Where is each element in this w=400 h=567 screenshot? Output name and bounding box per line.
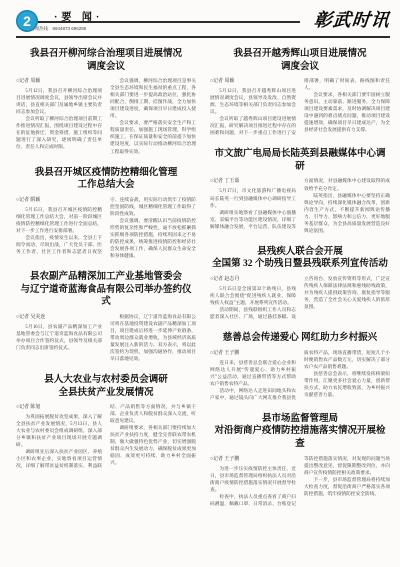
body-paragraph: 连日来，县慈善总会联合爱心企业和网络达人开展“传递爱心、助力乡村振兴”公益活动，… xyxy=(210,360,296,388)
article-body: ○记者 王子鹏为进一步压实疫情防控主体责任，近日，县市场监督管理局组织执法人员对… xyxy=(210,456,390,508)
body-paragraph: 为巩固拓展脱贫攻坚成果，深入了解全县扶贫产业发展情况，5月13日，县人大农业与农… xyxy=(16,414,102,449)
body-paragraph: 陆英指出，县融媒体中心要坚持正确舆论导向，持续深化媒体融合改革，创新内容生产方式… xyxy=(304,193,390,235)
body-paragraph: 下一步，县市场监督管理局将持续加大检查力度，督促沿街商户严格落实各项防控措施，筑… xyxy=(304,477,390,498)
article-byline: ○记者 周颖 xyxy=(210,78,296,86)
right-column: 我县召开越秀辉山项目进展情况调度会议○记者 周颖5月12日，我县召开越秀辉山项目… xyxy=(210,48,390,519)
body-paragraph: 会议强调，柳河综合治理项目是事关全县生态环境和民生福祉的重点工程，各相关部门要进… xyxy=(110,78,196,120)
header-rule-line xyxy=(27,21,300,23)
body-paragraph: 会议听取了柳河综合治理项目前期工作推进情况汇报，围绕项目建设过程中存在的征地拆迁… xyxy=(16,116,102,151)
article: 市文旅广电局局长陆英到县融媒体中心调研○记者 丁玉茹5月17日，市文化旅游和广播… xyxy=(210,148,390,234)
article-title: 县残疾人联合会开展全国第 32 个助残日暨县残联系列宣传活动 xyxy=(210,246,390,271)
article-byline: ○记者 丁玉茹 xyxy=(210,178,296,186)
article-title-line: 县农副产品精深加工产业基地管委会 xyxy=(16,271,196,284)
page-content: 我县召开柳河综合治理项目进展情况调度会议○记者 周颖5月12日，我县召开柳河综合… xyxy=(0,42,400,519)
article-title-line: 县残疾人联合会开展 xyxy=(210,246,390,259)
article: 我县召开城区疫情防控精细化管理工作总结大会○记者 隋颖5月15日，我县召开城区疫… xyxy=(16,167,196,260)
article-byline: ○记者 陈旭 xyxy=(16,404,102,412)
article-title: 慈善总会传递爱心 网红助力乡村振兴 xyxy=(210,332,390,345)
article-title-line: 与辽宁道奇蓝海食品有限公司举办签约仪式 xyxy=(16,284,196,309)
article-title-line: 我县召开柳河综合治理项目进展情况 xyxy=(16,48,196,61)
article: 慈善总会传递爱心 网红助力乡村振兴○记者 王子鹏连日来，县慈善总会联合爱心企业和… xyxy=(210,332,390,402)
article-title-line: 县市场监督管理局 xyxy=(210,413,390,426)
body-paragraph: 5月15日，我县召开城区疫情防控精细化管理工作总结大会，对前一阶段城区疫情防控精… xyxy=(16,207,102,235)
body-paragraph: 会议要求，各相关部门要牢固树立服务意识，主动靠前、跟进服务，全力保障项目建设要素… xyxy=(304,92,390,134)
article-title: 我县召开柳河综合治理项目进展情况调度会议 xyxy=(16,48,196,73)
article-body: ○记者 周颖5月12日，我县召开柳河综合治理项目进展情况调度会议，县领导出席会议… xyxy=(16,78,196,156)
article: 县农副产品精深加工产业基地管委会与辽宁道奇蓝海食品有限公司举办签约仪式○记者 吴… xyxy=(16,271,196,363)
article-byline: ○记者 赵志丹 xyxy=(210,276,296,284)
article-title-line: 调度会议 xyxy=(16,61,196,74)
article-title: 县人大农业与农村委员会调研全县扶贫产业发展情况 xyxy=(16,374,196,399)
article-title-line: 全国第 32 个助残日暨县残联系列宣传活动 xyxy=(210,258,390,271)
article-body: ○记者 丁玉茹5月17日，市文化旅游和广播电视局局长陆英一行到县融媒体中心调研指… xyxy=(210,178,390,234)
article-body: ○记者 隋颖5月15日，我县召开城区疫情防控精细化管理工作总结大会，对前一阶段城… xyxy=(16,197,196,260)
article: 县人大农业与农村委员会调研全县扶贫产业发展情况○记者 陈旭为巩固拓展脱贫攻坚成果… xyxy=(16,374,196,470)
hotline-text: 新闻热线：6944873 696286 xyxy=(30,26,86,32)
article-title-line: 调度会议 xyxy=(210,61,390,74)
article: 县残疾人联合会开展全国第 32 个助残日暨县残联系列宣传活动○记者 赵志丹5月1… xyxy=(210,246,390,321)
article-byline: ○记者 王子鹏 xyxy=(210,350,296,358)
article: 我县召开柳河综合治理项目进展情况调度会议○记者 周颖5月12日，我县召开柳河综合… xyxy=(16,48,196,156)
body-paragraph: 根据协议，辽宁道奇蓝海食品有限公司将在基地投资建设农副产品精深加工项目，项目建成… xyxy=(110,314,196,363)
article-byline: ○记者 隋颖 xyxy=(16,197,102,205)
article-title-line: 县人大农业与农村委员会调研 xyxy=(16,374,196,387)
newspaper-masthead: 彰武时讯 xyxy=(313,6,392,32)
article-byline: ○记者 王子鹏 xyxy=(210,456,296,464)
page-header: 2 ·要 闻· 新闻热线：6944873 696286 彰武时讯 xyxy=(0,0,400,42)
article-byline: ○记者 周颖 xyxy=(16,78,102,86)
article-title-line: 我县召开城区疫情防控精细化管理 xyxy=(16,167,196,180)
body-paragraph: 会议强调，要清醒认识当前疫情防控形势的复杂性和严峻性，毫不放松抓紧抓实抓细各项防… xyxy=(110,218,196,260)
body-paragraph: 5月12日，我县召开越秀辉山项目进展情况调度会议，县领导及发改、自然资源、生态环… xyxy=(210,88,296,116)
body-paragraph: 5月16日，县农副产品精深加工产业基地管委会与辽宁道奇蓝海食品有限公司举办项目合… xyxy=(16,324,102,352)
article-title-line: 对沿街商户疫情防控措施落实情况开展检查 xyxy=(210,425,390,450)
header-divider xyxy=(16,36,390,38)
page-number-badge: 2 xyxy=(16,10,38,32)
article-title: 我县召开越秀辉山项目进展情况调度会议 xyxy=(210,48,390,73)
article-body: ○记者 赵志丹5月15日是全国第32个助残日，县残疾人联合会围绕“促进残疾人就业… xyxy=(210,276,390,321)
article-body: ○记者 陈旭为巩固拓展脱贫攻坚成果，深入了解全县扶贫产业发展情况，5月13日，县… xyxy=(16,404,196,470)
body-paragraph: 调研组要求，各相关部门要持续加大扶贫产业扶持力度，健全完善联农带农机制，做大做强… xyxy=(110,425,196,467)
body-paragraph: 5月15日是全国第32个助残日，县残疾人联合会围绕“促进残疾人就业，保障残疾人权… xyxy=(210,286,296,307)
body-paragraph: 5月17日，市文化旅游和广播电视局局长陆英一行到县融媒体中心调研指导工作。 xyxy=(210,188,296,209)
article-body: ○记者 王子鹏连日来，县慈善总会联合爱心企业和网络达人开展“传递爱心、助力乡村振… xyxy=(210,350,390,402)
article-title-line: 全县扶贫产业发展情况 xyxy=(16,387,196,400)
body-paragraph: 为进一步压实疫情防控主体责任，近日，县市场监督管理局组织执法人员对沿街商户疫情防… xyxy=(210,466,296,494)
body-paragraph: 5月12日，我县召开柳河综合治理项目进展情况调度会议，县领导出席会议并讲话，县直… xyxy=(16,88,102,116)
article: 县市场监督管理局对沿街商户疫情防控措施落实情况开展检查○记者 王子鹏为进一步压实… xyxy=(210,413,390,508)
article: 我县召开越秀辉山项目进展情况调度会议○记者 周颖5月12日，我县召开越秀辉山项目… xyxy=(210,48,390,137)
article-title: 县农副产品精深加工产业基地管委会与辽宁道奇蓝海食品有限公司举办签约仪式 xyxy=(16,271,196,309)
article-title-line: 工作总结大会 xyxy=(16,179,196,192)
article-title: 县市场监督管理局对沿街商户疫情防控措施落实情况开展检查 xyxy=(210,413,390,451)
article-title-line: 慈善总会传递爱心 网红助力乡村振兴 xyxy=(210,332,390,345)
article-title-line: 我县召开越秀辉山项目进展情况 xyxy=(210,48,390,61)
left-column: 我县召开柳河综合治理项目进展情况调度会议○记者 周颖5月12日，我县召开柳河综合… xyxy=(16,48,196,519)
body-paragraph: 会议要求，要严格落实安全生产和工程质量责任，加强施工现场管理，科学组织施工，在保… xyxy=(110,120,196,155)
newspaper-page: 2 ·要 闻· 新闻热线：6944873 696286 彰武时讯 我县召开柳河综… xyxy=(0,0,400,567)
article-title-line: 市文旅广电局局长陆英到县融媒体中心调研 xyxy=(210,148,390,173)
body-paragraph: 县慈善总会表示，将继续发挥桥梁纽带作用，汇聚更多社会爱心力量，创新帮扶方式，助力… xyxy=(304,371,390,399)
article-body: ○记者 周颖5月12日，我县召开越秀辉山项目进展情况调度会议，县领导及发改、自然… xyxy=(210,78,390,137)
article-title: 市文旅广电局局长陆英到县融媒体中心调研 xyxy=(210,148,390,173)
article-byline: ○记者 吴美连 xyxy=(16,314,102,322)
article-title: 我县召开城区疫情防控精细化管理工作总结大会 xyxy=(16,167,196,192)
article-body: ○记者 吴美连5月16日，县农副产品精深加工产业基地管委会与辽宁道奇蓝海食品有限… xyxy=(16,314,196,363)
